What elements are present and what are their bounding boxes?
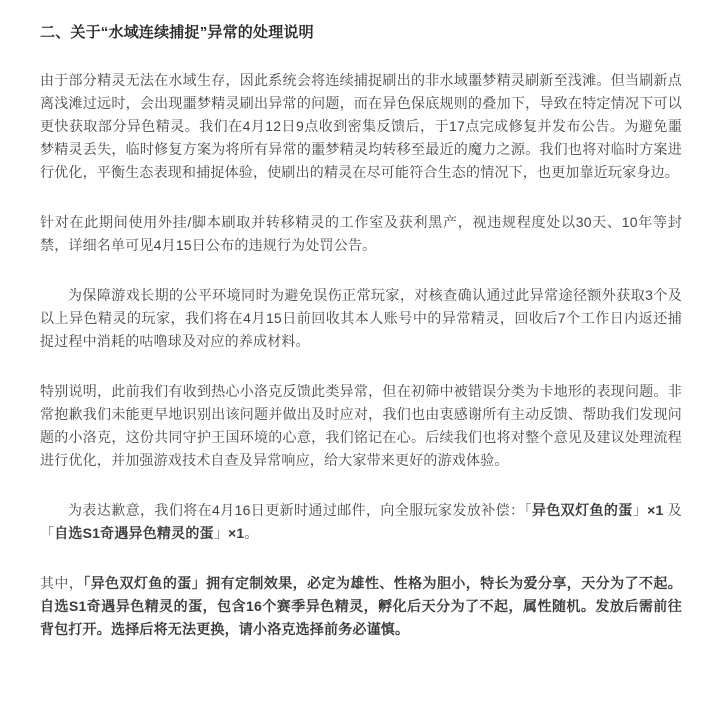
emphasis-text-run: ×1 [647, 502, 663, 518]
emphasis-text-run: 自选S1奇遇异色精灵的蛋 [54, 525, 214, 541]
para-apology: 特别说明，此前我们有收到热心小洛克反馈此类异常，但在初筛中被错误分类为卡地形的表… [40, 380, 682, 472]
emphasis-text-run: 异色双灯鱼的蛋 [532, 502, 633, 518]
para-recall-policy: 为保障游戏长期的公平环境同时为避免误伤正常玩家，对核查确认通过此异常途径额外获取… [40, 284, 682, 353]
text-run: 针对在此期间使用外挂/脚本刷取并转移精灵的工作室及获利黑产，视违规程度处以30天… [40, 214, 682, 253]
para-compensation: 为表达歉意，我们将在4月16日更新时通过邮件，向全服玩家发放补偿：「异色双灯鱼的… [40, 499, 682, 545]
text-run: 由于部分精灵无法在水域生存，因此系统会将连续捕捉刷出的非水域噩梦精灵刷新至浅滩。… [40, 72, 682, 180]
text-run: 其中， [40, 575, 83, 591]
paragraph-list: 由于部分精灵无法在水域生存，因此系统会将连续捕捉刷出的非水域噩梦精灵刷新至浅滩。… [40, 69, 682, 641]
text-run: 特别说明，此前我们有收到热心小洛克反馈此类异常，但在初筛中被错误分类为卡地形的表… [40, 383, 682, 468]
section-title: 二、关于“水域连续捕捉”异常的处理说明 [40, 21, 682, 44]
para-incident-description: 由于部分精灵无法在水域生存，因此系统会将连续捕捉刷出的非水域噩梦精灵刷新至浅滩。… [40, 69, 682, 184]
para-cheater-punishment: 针对在此期间使用外挂/脚本刷取并转移精灵的工作室及获利黑产，视违规程度处以30天… [40, 211, 682, 257]
announcement-document: 二、关于“水域连续捕捉”异常的处理说明 由于部分精灵无法在水域生存，因此系统会将… [0, 0, 720, 641]
para-egg-details: 其中，「异色双灯鱼的蛋」拥有定制效果，必定为雄性、性格为胆小，特长为爱分享，天分… [40, 572, 682, 641]
text-run: 」 [214, 525, 228, 541]
text-run: 为表达歉意，我们将在4月16日更新时通过邮件，向全服玩家发放补偿：「 [68, 502, 532, 518]
text-run: 。 [244, 525, 258, 541]
text-run: 为保障游戏长期的公平环境同时为避免误伤正常玩家，对核查确认通过此异常途径额外获取… [40, 287, 682, 349]
text-run: 」 [633, 502, 647, 518]
emphasis-text-run: ×1 [228, 525, 244, 541]
emphasis-text-run: 「异色双灯鱼的蛋」拥有定制效果，必定为雄性、性格为胆小，特长为爱分享，天分为了不… [40, 575, 682, 637]
